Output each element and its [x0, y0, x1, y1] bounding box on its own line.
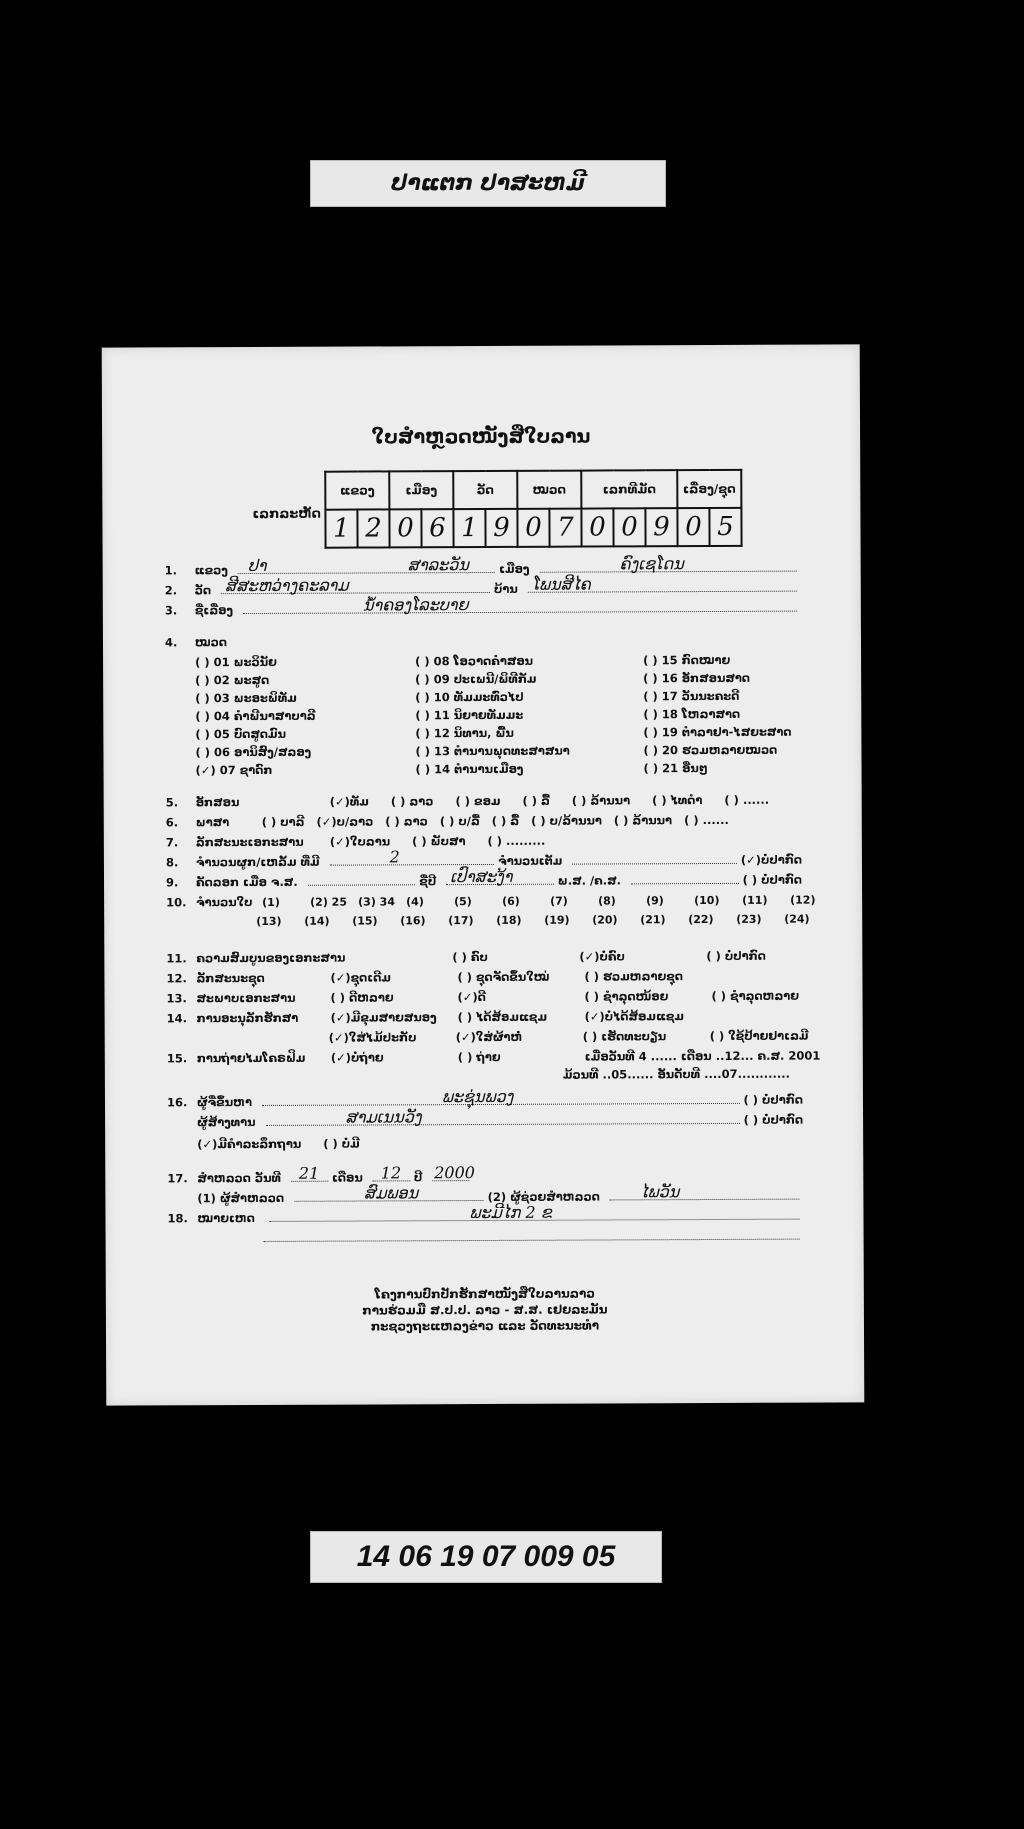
- remarks-line-2[interactable]: [264, 1229, 800, 1242]
- category-option[interactable]: ( ) 03 ພະອະພິທັມ: [195, 690, 415, 705]
- category-option[interactable]: ( ) 02 ພະສູດ: [195, 672, 415, 687]
- item-leaves-2: (13)(14)(15)(16)(17)(18)(19)(20)(21)(22)…: [256, 913, 802, 928]
- code-digit: 1: [453, 509, 485, 547]
- code-table: ແຂວງ ເມືອງ ວັດ ໝວດ ເລກທີມັດ ເລື່ອງ/ຊຸດ 1…: [324, 469, 742, 549]
- category-option[interactable]: ( ) 16 ອັກສອນສາດ: [643, 671, 803, 686]
- title-value: ນໍ້າຄອງໂລະບາຍ: [363, 595, 469, 614]
- set-type-option[interactable]: (✓)ຊຸດເດີມ: [330, 970, 435, 984]
- item-microfilm-roll: ມ້ວນທີ ..05...... ອັນດັບທີ ....07.......…: [563, 1067, 803, 1082]
- district-label: ເມືອງ: [499, 562, 529, 576]
- footer-strip-text: 14 06 19 07 009 05: [357, 1540, 616, 1574]
- script-option[interactable]: ( ) ໄທດຳ: [652, 793, 702, 807]
- category-option[interactable]: ( ) 10 ທັມມະທົ່ວໄປ: [415, 689, 643, 704]
- item-leaves: 10. ຈຳນວນໃບ (1)(2) 25(3) 34(4)(5)(6)(7)(…: [166, 893, 802, 910]
- material-option[interactable]: ( ) .........: [487, 834, 545, 848]
- category-option[interactable]: ( ) 19 ຕຳລາຢາ-ໄສຍະສາດ: [643, 725, 803, 740]
- category-option[interactable]: ( ) 11 ນິຍາຍທັມມະ: [415, 707, 643, 722]
- remarks-value: ພະມີໄກ 2 ຂ: [469, 1203, 551, 1222]
- code-digit: 9: [645, 508, 677, 546]
- form-title: ໃບສຳຫຼວດໜັງສືໃບລານ: [102, 424, 860, 449]
- conservation-option[interactable]: (✓)ມີຂຸມສາຍສນອງ: [331, 1010, 436, 1024]
- item-language: 6. ພາສາ ( ) ບາລີ (✓)ບ/ລາວ ( ) ລາວ ( ) ບ/…: [166, 813, 802, 830]
- copied-unknown-option[interactable]: ( ) ບໍ່ປາກົດ: [743, 873, 803, 887]
- code-digit: 1: [325, 510, 357, 548]
- item-province: 1. ແຂວງ ປາສາລະວັນ ເມືອງ ຄົງເຊໂດນ: [165, 561, 801, 578]
- year-name-value: ເປົາສະງ້າ: [450, 867, 512, 886]
- title-label: ຊື່ເລື່ອງ: [195, 603, 233, 617]
- set-type-option[interactable]: ( ) ຮວມຫລາຍຊຸດ: [584, 969, 683, 983]
- category-option[interactable]: ( ) 20 ຮວມຫລາຍໝວດ: [643, 743, 803, 758]
- microfilm-option[interactable]: ( ) ຖ່າຍ: [458, 1050, 563, 1064]
- scribe-value: ພະຊຸ່ນພວງ: [442, 1087, 513, 1106]
- code-digit: 0: [613, 508, 645, 546]
- language-option[interactable]: ( ) ລື້: [492, 814, 519, 828]
- script-option[interactable]: ( ) ຂອມ: [455, 794, 500, 808]
- village-label: ບ້ານ: [494, 582, 518, 596]
- item-colophon: (✓)ມີຄຳລະລຶກຖານ ( ) ບໍ່ມີ: [197, 1135, 803, 1152]
- code-digit: 0: [581, 508, 613, 546]
- surveyor-value: ສົມພອນ: [364, 1183, 418, 1202]
- code-digit: 0: [677, 508, 709, 546]
- script-option[interactable]: (✓)ທັມ: [330, 794, 369, 808]
- code-header-district: ເມືອງ: [389, 471, 453, 509]
- language-option[interactable]: ( ) ບ/ລື້: [440, 814, 480, 828]
- completeness-option[interactable]: ( ) ບໍ່ປາກົດ: [706, 949, 766, 963]
- total-field[interactable]: [572, 853, 737, 865]
- item-microfilm: 15. ການຖ່າຍໄມໂຄຣຟິມ (✓)ບໍ່ຖ່າຍ ( ) ຖ່າຍ …: [167, 1049, 803, 1066]
- item-temple: 2. ວັດ ສີສະຫວ່າງຄະລາມ ບ້ານ ໂພນສີໄຄ: [165, 581, 801, 598]
- item-remarks-2: [260, 1229, 804, 1242]
- conservation-option[interactable]: (✓)ໃສ່ຜ້າຫໍ່: [456, 1030, 561, 1044]
- category-option[interactable]: ( ) 13 ຕຳນານພຸດທະສາສນາ: [415, 743, 643, 758]
- category-option[interactable]: ( ) 14 ຕຳນານເມືອງ: [416, 761, 644, 776]
- code-digit: 2: [357, 509, 389, 547]
- language-option[interactable]: ( ) ບາລີ: [262, 815, 305, 829]
- item-persons: 16. ຜູ້ຈື່ຂຶ້ນຫາ ພະຊຸ່ນພວງ ( ) ບໍ່ປາກົດ: [167, 1093, 803, 1110]
- item-conservation: 14. ການອະນຸລັກຮັກສາ (✓)ມີຂຸມສາຍສນອງ ( ) …: [167, 1009, 803, 1026]
- code-digit: 9: [485, 509, 517, 547]
- header-label-strip: ປາແຕກ ປາສະຫມີ: [310, 160, 666, 207]
- scribe-unknown-option[interactable]: ( ) ບໍ່ປາກົດ: [743, 1093, 803, 1107]
- footer-code-strip: 14 06 19 07 009 05: [310, 1531, 662, 1583]
- item-script: 5. ອັກສອນ (✓)ທັມ ( ) ລາວ ( ) ຂອມ ( ) ລື້…: [166, 793, 802, 810]
- item-title: 3. ຊື່ເລື່ອງ ນໍ້າຄອງໂລະບາຍ: [165, 601, 801, 618]
- colophon-yes-option[interactable]: (✓)ມີຄຳລະລຶກຖານ: [197, 1137, 301, 1151]
- category-option[interactable]: ( ) 05 ບົດສູດມົນ: [195, 726, 415, 741]
- category-option[interactable]: ( ) 17 ວັນນະຄະດີ: [643, 689, 803, 704]
- code-digit: 5: [709, 508, 741, 546]
- district-value: ຄົງເຊໂດນ: [619, 554, 683, 573]
- condition-option[interactable]: ( ) ຊຳລຸດໜ້ອຍ: [585, 989, 690, 1003]
- conservation-option[interactable]: ( ) ໄດ້ສ້ອມແຊມ: [458, 1010, 563, 1024]
- code-header-set: ເລື່ອງ/ຊຸດ: [677, 470, 741, 508]
- microfilm-date: ເມື່ອວັນທີ 4 ...... ເດືອນ ..12... ຄ.ສ. 2…: [585, 1049, 821, 1064]
- item-material: 7. ລັກສະນະເອກະສານ (✓)ໃບລານ ( ) ພັບສາ ( )…: [166, 833, 802, 850]
- conservation-option[interactable]: ( ) ເຮັດທະບຽນ: [583, 1029, 688, 1043]
- item-conservation-2: (✓)ໃສ່ໄມ້ປະກັບ (✓)ໃສ່ຜ້າຫໍ່ ( ) ເຮັດທະບຽ…: [329, 1029, 803, 1045]
- code-header-bundle: ເລກທີມັດ: [581, 470, 677, 508]
- bundles-value: 2: [390, 847, 400, 866]
- category-option[interactable]: ( ) 06 ອານິສົງ/ສລອງ: [195, 744, 415, 759]
- category-option[interactable]: ( ) 15 ກົດໝາຍ: [643, 653, 803, 668]
- category-option[interactable]: ( ) 09 ປະເພນີ/ພິທີກັມ: [415, 671, 643, 686]
- item-completeness: 11. ຄວາມສົມບູນຂອງເອກະສານ ( ) ຄົບ (✓)ບໍ່ຄ…: [166, 949, 802, 966]
- category-option[interactable]: ( ) 04 ຄຳພີນາສາບາລີ: [195, 708, 415, 723]
- survey-year: 2000: [434, 1163, 475, 1182]
- condition-option[interactable]: ( ) ຊຳລຸດຫລາຍ: [711, 989, 799, 1003]
- code-header-temple: ວັດ: [453, 471, 517, 509]
- leaves-row-2: (13)(14)(15)(16)(17)(18)(19)(20)(21)(22)…: [256, 912, 832, 928]
- conservation-option[interactable]: (✓)ໃສ່ໄມ້ປະກັບ: [329, 1030, 434, 1044]
- assistant-value: ໄພວັນ: [640, 1182, 680, 1201]
- material-option[interactable]: ( ) ພັບສາ: [412, 834, 465, 848]
- province-label: ແຂວງ: [195, 563, 228, 577]
- donor-value: ສາມເນນວັງ: [346, 1107, 422, 1126]
- survey-form-page: ໃບສຳຫຼວດໜັງສືໃບລານ ເລກລະຫັດ ແຂວງ ເມືອງ ວ…: [102, 344, 865, 1405]
- script-option[interactable]: ( ) ລາວ: [391, 794, 434, 808]
- footer-line: ກະຊວງຖະແຫລງຂ່າວ ແລະ ວັດທະນະທຳ: [106, 1316, 864, 1335]
- code-digit: 6: [421, 509, 453, 547]
- language-option[interactable]: ( ) ບ/ລ້ານນາ: [531, 813, 602, 827]
- code-header-category: ໝວດ: [517, 471, 581, 509]
- donor-unknown-option[interactable]: ( ) ບໍ່ປາກົດ: [744, 1113, 804, 1127]
- leaves-row-1: (1)(2) 25(3) 34(4)(5)(6)(7)(8)(9)(10)(11…: [262, 893, 838, 909]
- colophon-no-option[interactable]: ( ) ບໍ່ມີ: [323, 1137, 360, 1151]
- code-digit: 7: [549, 509, 581, 547]
- item-copied: 9. ຄັດລອກ ເມື່ອ ຈ.ສ. ຊື່ປີ ເປົາສະງ້າ ພ.ສ…: [166, 873, 802, 890]
- language-option[interactable]: ( ) ລ້ານນາ: [614, 813, 672, 827]
- category-option[interactable]: ( ) 12 ນິທານ, ພື້ນ: [415, 725, 643, 740]
- temple-label: ວັດ: [195, 583, 211, 597]
- condition-option[interactable]: ( ) ດີຫລາຍ: [331, 990, 436, 1004]
- language-option[interactable]: ( ) ລາວ: [385, 814, 428, 828]
- item-condition: 13. ສະພາບເອກະສານ ( ) ດີຫລາຍ (✓)ດີ ( ) ຊຳ…: [167, 989, 803, 1006]
- item-set-type: 12. ລັກສະນະຊຸດ (✓)ຊຸດເດີມ ( ) ຊຸດຈັດຂຶ້ນ…: [166, 969, 802, 986]
- completeness-option[interactable]: (✓)ບໍ່ຄົບ: [579, 949, 684, 963]
- conservation-option[interactable]: (✓)ບໍ່ໄດ້ສ້ອມແຊມ: [585, 1009, 684, 1023]
- conservation-option[interactable]: ( ) ໃຊ້ປ້າຍຢາເລມີ: [710, 1029, 809, 1043]
- language-option[interactable]: ( ) ......: [684, 813, 729, 827]
- province-value: ປາ: [248, 556, 267, 575]
- script-option[interactable]: ( ) ລ້ານນາ: [572, 793, 630, 807]
- code-header-province: ແຂວງ: [325, 471, 389, 509]
- bundles-unknown-option[interactable]: (✓)ບໍ່ປາກົດ: [741, 853, 802, 867]
- code-digit: 0: [517, 509, 549, 547]
- completeness-option[interactable]: ( ) ຄົບ: [452, 950, 557, 964]
- item-donor: ຜູ້ສ້າງທານ ສາມເນນວັງ ( ) ບໍ່ປາກົດ: [197, 1113, 803, 1130]
- category-option[interactable]: ( ) 08 ໂອວາດຄຳສອນ: [415, 653, 643, 668]
- code-label: ເລກລະຫັດ: [252, 507, 321, 522]
- code-digit: 0: [389, 509, 421, 547]
- condition-option[interactable]: (✓)ດີ: [458, 990, 563, 1004]
- category-option[interactable]: ( ) 18 ໂຫລາສາດ: [643, 707, 803, 722]
- temple-value: ສີສະຫວ່າງຄະລາມ: [225, 576, 349, 596]
- header-strip-text: ປາແຕກ ປາສະຫມີ: [391, 171, 584, 196]
- province-mid-value: ສາລະວັນ: [408, 555, 469, 574]
- set-type-option[interactable]: ( ) ຊຸດຈັດຂຶ້ນໃໝ່: [457, 970, 562, 984]
- category-option[interactable]: ( ) 01 ພະວິນັຍ: [195, 654, 415, 669]
- item-remarks: 18. ໝາຍເຫດ ພະມີໄກ 2 ຂ: [167, 1209, 803, 1226]
- item-survey: 17. ສຳຫລວດ ວັນທີ 21 ເດືອນ 12 ປີ 2000: [167, 1170, 473, 1185]
- category-option[interactable]: ( ) 21 ອື່ນໆ: [644, 761, 804, 776]
- language-option[interactable]: (✓)ບ/ລາວ: [316, 814, 373, 828]
- microfilm-option[interactable]: (✓)ບໍ່ຖ່າຍ: [331, 1050, 436, 1064]
- category-option-checked[interactable]: (✓) 07 ຊາດົກ: [196, 762, 416, 777]
- village-value: ໂພນສີໄຄ: [532, 575, 591, 594]
- form-footer: ໂຄງການປົກປັກຮັກສາໜັງສືໃບລານລາວ ການຮ່ວມມື…: [106, 1284, 864, 1335]
- survey-day: 21: [299, 1164, 319, 1183]
- item-category: 4. ໝວດ: [165, 633, 801, 650]
- script-option[interactable]: ( ) ......: [724, 793, 769, 807]
- category-options: ( ) 01 ພະວິນັຍ ( ) 08 ໂອວາດຄຳສອນ ( ) 15 …: [195, 653, 796, 778]
- material-option[interactable]: (✓)ໃບລານ: [330, 834, 390, 848]
- survey-month: 12: [381, 1163, 401, 1182]
- microfilm-roll: ມ້ວນທີ ..05...... ອັນດັບທີ ....07.......…: [563, 1067, 790, 1082]
- script-option[interactable]: ( ) ລື້: [522, 794, 549, 808]
